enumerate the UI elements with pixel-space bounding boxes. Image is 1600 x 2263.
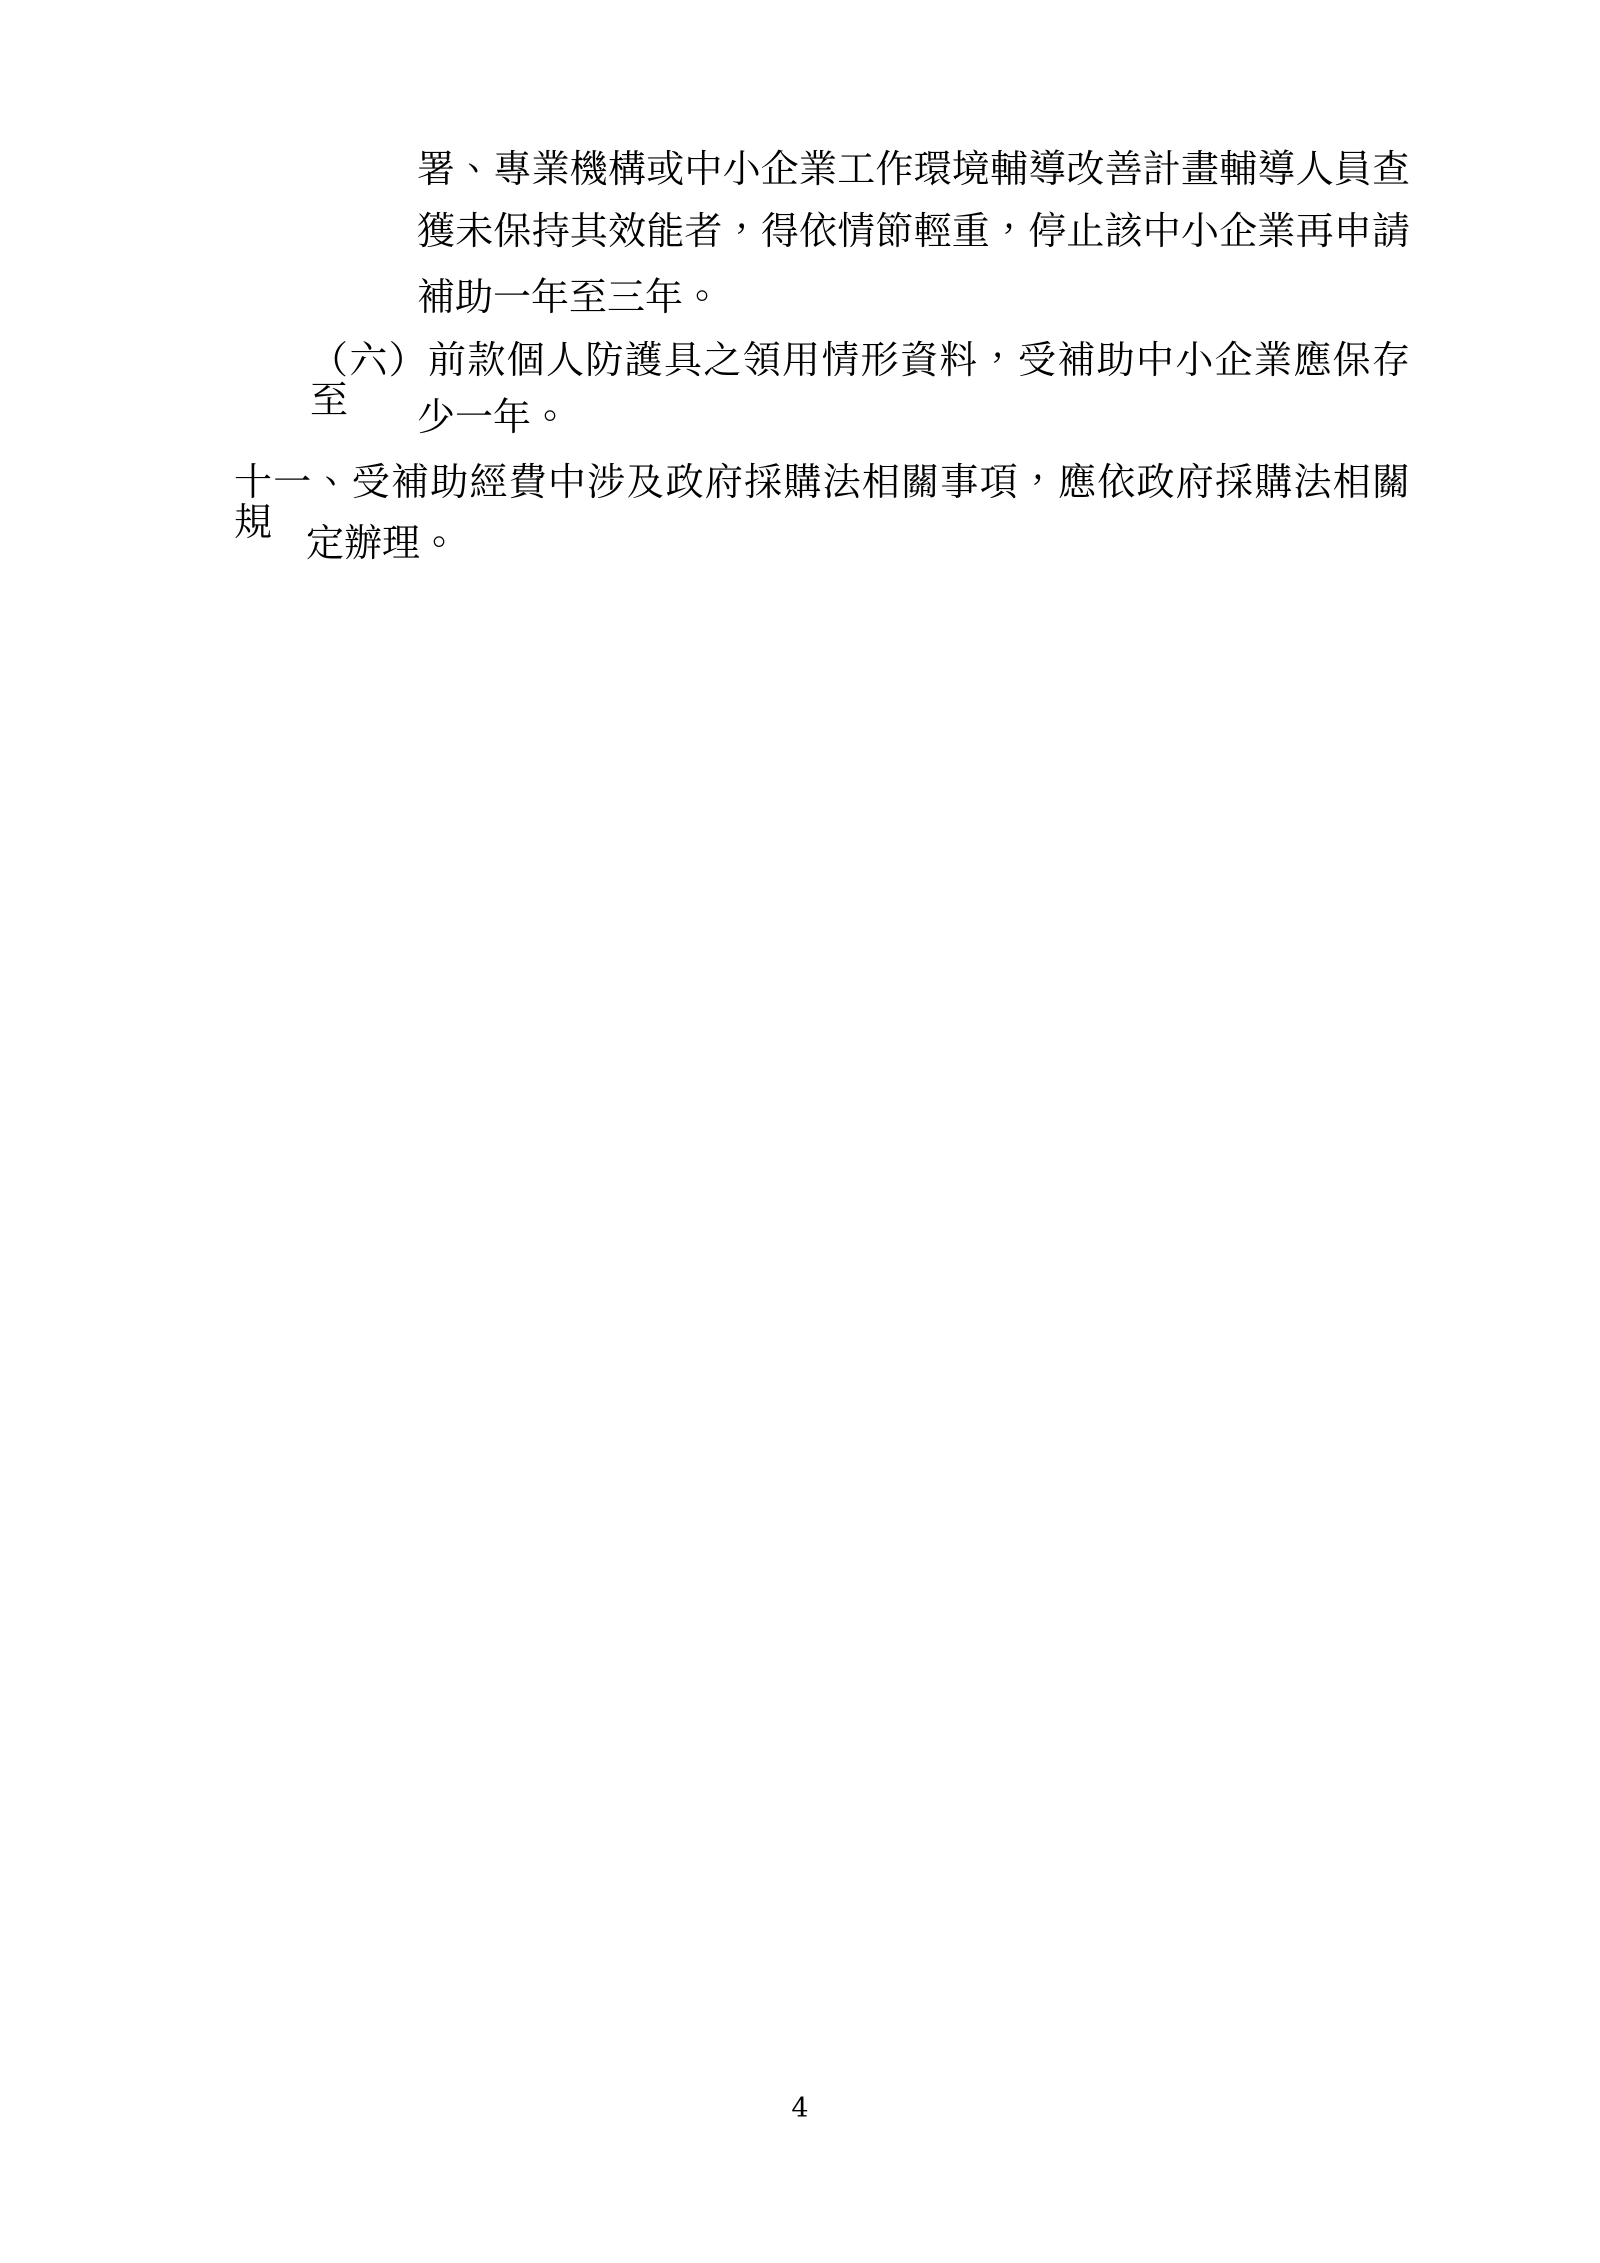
body-line: 獲未保持其效能者，得依情節輕重，停止該中小企業再申請 — [417, 211, 1410, 251]
page-number: 4 — [791, 2093, 808, 2124]
document-page: 署、專業機構或中小企業工作環境輔導改善計畫輔導人員查 獲未保持其效能者，得依情節… — [0, 0, 1600, 2263]
body-line: 定辦理。 — [306, 523, 458, 563]
body-line: 署、專業機構或中小企業工作環境輔導改善計畫輔導人員查 — [417, 149, 1410, 189]
body-line: 補助一年至三年。 — [417, 277, 721, 317]
body-line: 少一年。 — [417, 397, 569, 437]
page-footer: 4 — [0, 2094, 1600, 2124]
